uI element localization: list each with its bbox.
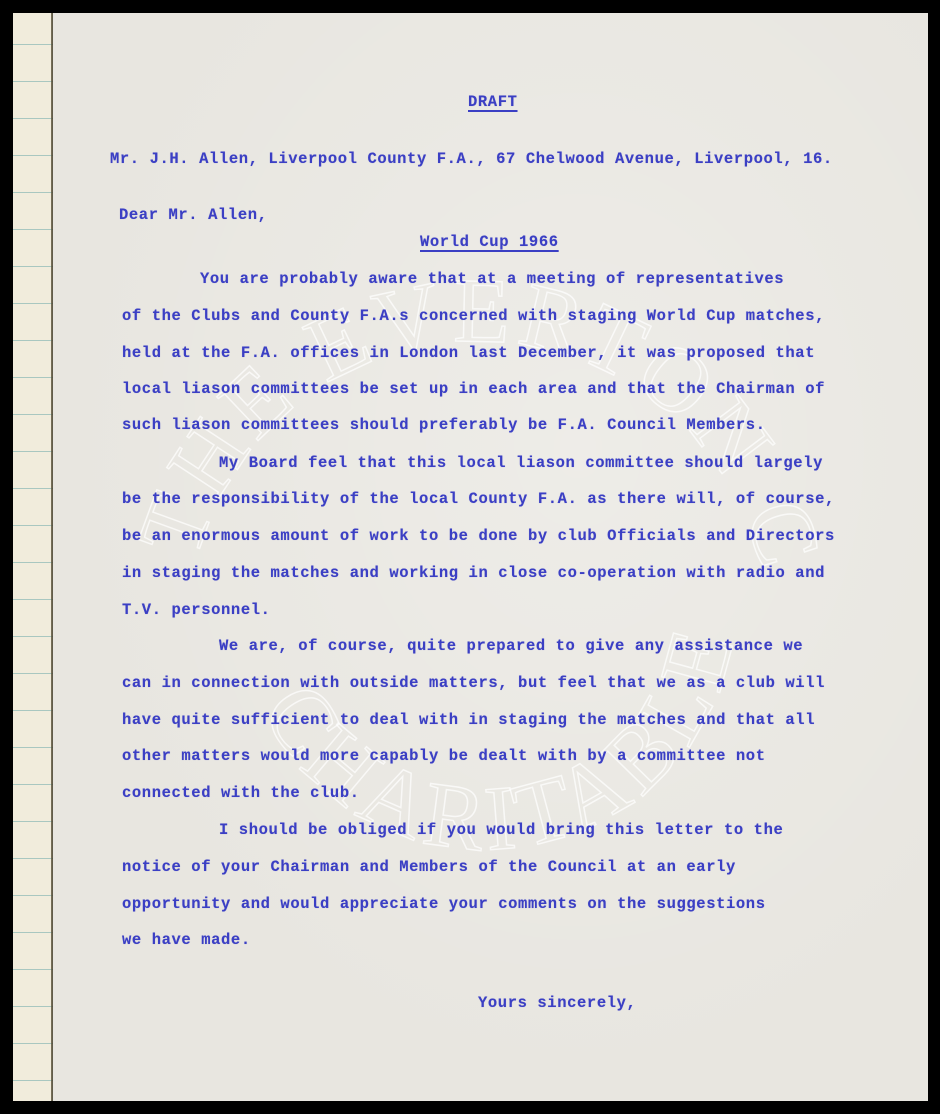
paragraph-4-line-1: I should be obliged if you would bring t… xyxy=(219,821,783,839)
subject-line: World Cup 1966 xyxy=(420,233,559,251)
paragraph-3-line-2: can in connection with outside matters, … xyxy=(122,674,825,692)
paragraph-1-line-5: such liason committees should preferably… xyxy=(122,416,766,434)
paragraph-4-line-2: notice of your Chairman and Members of t… xyxy=(122,858,736,876)
paragraph-1-line-2: of the Clubs and County F.A.s concerned … xyxy=(122,307,825,325)
paragraph-3-line-3: have quite sufficient to deal with in st… xyxy=(122,711,815,729)
paragraph-4-line-3: opportunity and would appreciate your co… xyxy=(122,895,766,913)
paragraph-2-line-3: be an enormous amount of work to be done… xyxy=(122,527,835,545)
paragraph-1-line-4: local liason committees be set up in eac… xyxy=(122,380,825,398)
paragraph-4-line-4: we have made. xyxy=(122,931,251,949)
paragraph-3-line-4: other matters would more capably be deal… xyxy=(122,747,766,765)
paragraph-1-line-1: You are probably aware that at a meeting… xyxy=(200,270,784,288)
salutation: Dear Mr. Allen, xyxy=(119,206,268,224)
paragraph-3-line-5: connected with the club. xyxy=(122,784,360,802)
letter-body: DRAFT Mr. J.H. Allen, Liverpool County F… xyxy=(13,13,928,1101)
paragraph-2-line-4: in staging the matches and working in cl… xyxy=(122,564,825,582)
paragraph-2-line-2: be the responsibility of the local Count… xyxy=(122,490,835,508)
paragraph-1-line-3: held at the F.A. offices in London last … xyxy=(122,344,815,362)
paragraph-2-line-5: T.V. personnel. xyxy=(122,601,271,619)
draft-heading: DRAFT xyxy=(468,93,518,111)
scanned-document: THE EVERTON COLLECTION CHARITABLE TRUST … xyxy=(13,13,928,1101)
closing-valediction: Yours sincerely, xyxy=(478,994,636,1012)
paragraph-2-line-1: My Board feel that this local liason com… xyxy=(219,454,823,472)
recipient-address: Mr. J.H. Allen, Liverpool County F.A., 6… xyxy=(110,150,833,168)
paragraph-3-line-1: We are, of course, quite prepared to giv… xyxy=(219,637,803,655)
